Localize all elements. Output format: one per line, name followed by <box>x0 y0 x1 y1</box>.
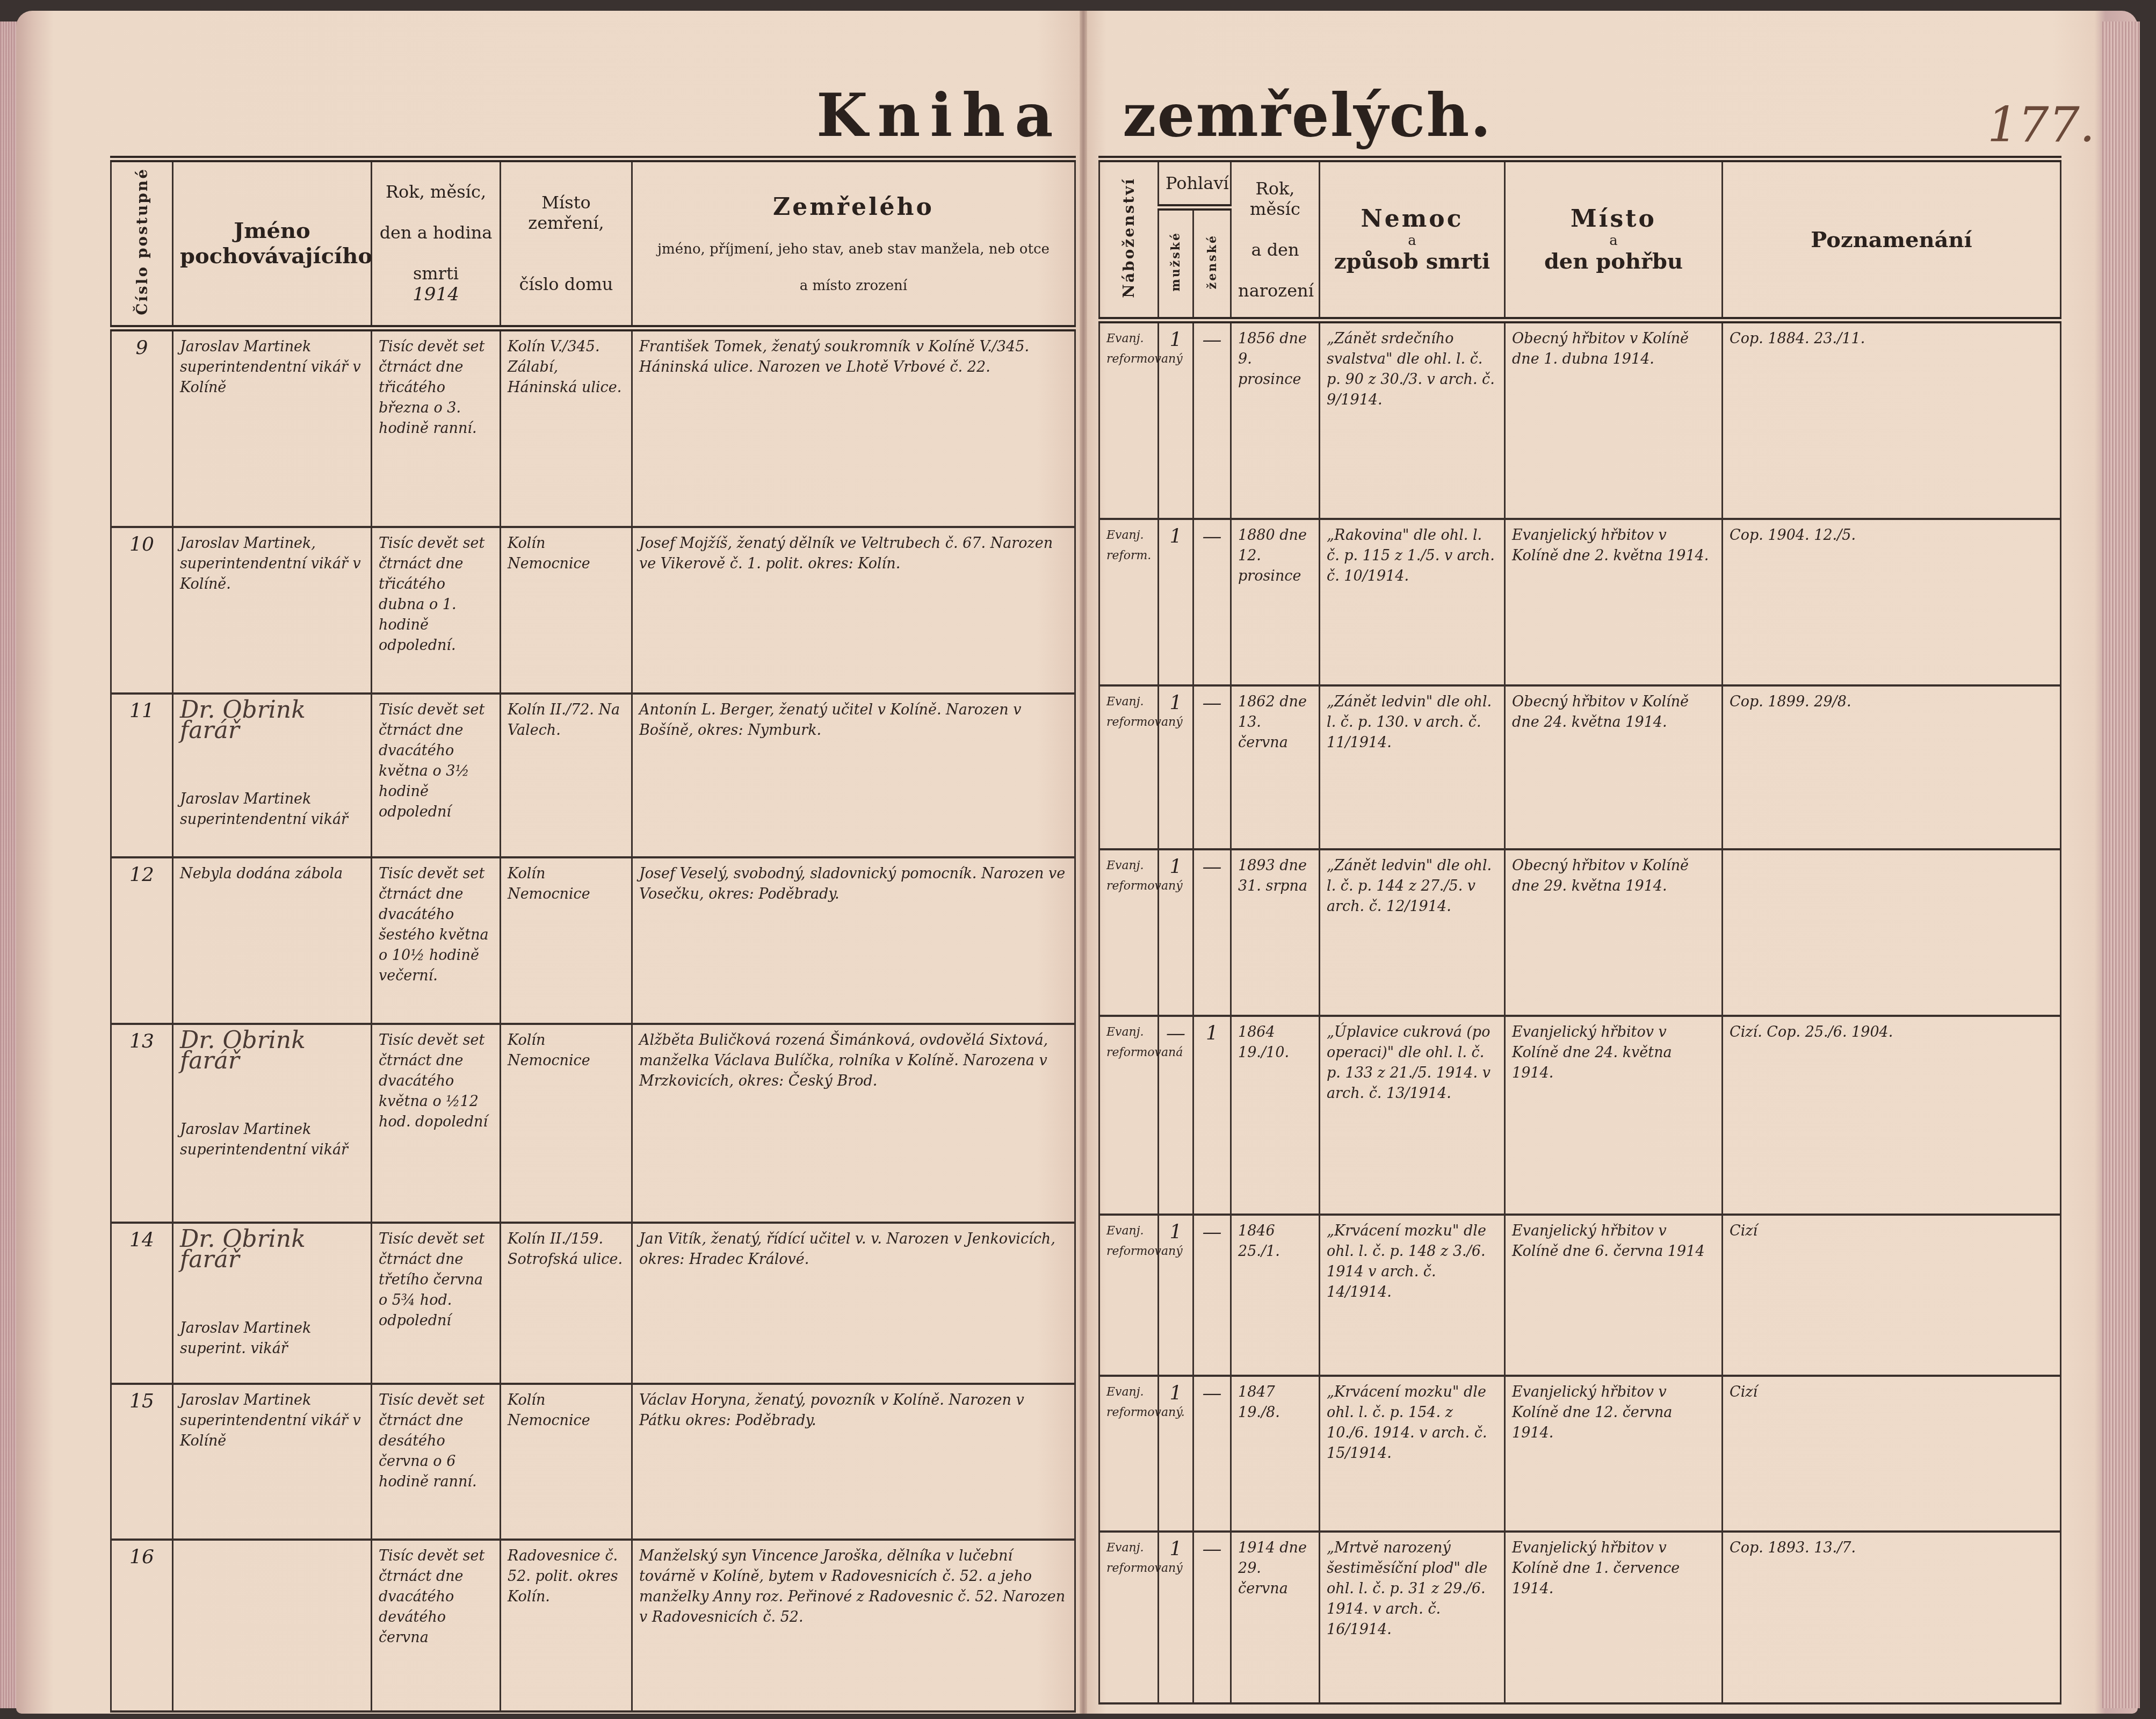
birth-date: 1847 19./8. <box>1231 1376 1320 1532</box>
page-edges-right <box>2102 21 2140 1708</box>
cause-of-death: „Úplavice cukrová (po operaci)" dle ohl.… <box>1320 1016 1505 1215</box>
death-date: Tisíc devět set čtrnáct dne třetího červ… <box>372 1223 501 1384</box>
birth-date: 1856 dne 9. prosince <box>1231 320 1320 519</box>
death-date: Tisíc devět set čtrnáct dne dvacátého kv… <box>372 694 501 857</box>
religion: Evanj. reformovaný <box>1099 320 1159 519</box>
header-death-date: Rok, měsíc, den a hodina smrti 1914 <box>372 159 501 328</box>
officiant <box>173 1540 372 1711</box>
birth-date: 1914 dne 29. června <box>1231 1532 1320 1703</box>
burial-place-date: Obecný hřbitov v Kolíně dne 24. května 1… <box>1505 685 1723 849</box>
notes: Cizí <box>1723 1215 2061 1376</box>
signature: Dr. Obrink farář <box>180 1229 364 1270</box>
cause-of-death: „Zánět srdečního svalstva" dle ohl. l. č… <box>1320 320 1505 519</box>
cause-of-death: „Krvácení mozku" dle ohl. l. č. p. 148 z… <box>1320 1215 1505 1376</box>
religion: Evanj. reformovaný <box>1099 685 1159 849</box>
death-date: Tisíc devět set čtrnáct dne dvacátého kv… <box>372 1024 501 1223</box>
male: 1 <box>1159 685 1193 849</box>
entry-number: 13 <box>111 1024 173 1223</box>
cause-of-death: „Krvácení mozku" dle ohl. l. č. p. 154. … <box>1320 1376 1505 1532</box>
cause-of-death: „Rakovina" dle ohl. l. č. p. 115 z 1./5.… <box>1320 519 1505 685</box>
male: 1 <box>1159 849 1193 1016</box>
notes: Cop. 1904. 12./5. <box>1723 519 2061 685</box>
female: — <box>1193 1376 1231 1532</box>
header-female: ženské <box>1193 207 1231 320</box>
header-sex: Pohlaví <box>1159 159 1231 207</box>
female: — <box>1193 519 1231 685</box>
signature: Dr. Obrink farář <box>180 700 364 741</box>
male: 1 <box>1159 1532 1193 1703</box>
officiant: Jaroslav Martinek superintendentní vikář… <box>173 1384 372 1540</box>
death-date: Tisíc devět set čtrnáct dne desátého čer… <box>372 1384 501 1540</box>
female: — <box>1193 1215 1231 1376</box>
death-place: Kolín II./159. Sotrofská ulice. <box>501 1223 632 1384</box>
header-year-handwritten: 1914 <box>379 284 493 305</box>
header-male: mužské <box>1159 207 1193 320</box>
officiant: Jaroslav Martinek, superintendentní viká… <box>173 527 372 694</box>
female: — <box>1193 685 1231 849</box>
death-date: Tisíc devět set čtrnáct dne třicátého du… <box>372 527 501 694</box>
entry-number: 11 <box>111 694 173 857</box>
deceased: Antonín L. Berger, ženatý učitel v Kolín… <box>632 694 1075 857</box>
table-row: Evanj. reformovaný. 1 — 1847 19./8. „Krv… <box>1099 1376 2061 1532</box>
entry-number: 9 <box>111 328 173 527</box>
table-row: Evanj. reform. 1 — 1880 dne 12. prosince… <box>1099 519 2061 685</box>
table-row: 15 Jaroslav Martinek superintendentní vi… <box>111 1384 1075 1540</box>
notes: Cop. 1884. 23./11. <box>1723 320 2061 519</box>
birth-date: 1864 19./10. <box>1231 1016 1320 1215</box>
title-left: Kniha <box>816 81 1063 150</box>
officiant: Jaroslav Martinek superintendentní vikář… <box>173 328 372 527</box>
death-place: Kolín Nemocnice <box>501 1024 632 1223</box>
male: 1 <box>1159 519 1193 685</box>
header-cause: Nemoc a způsob smrti <box>1320 159 1505 320</box>
birth-date: 1893 dne 31. srpna <box>1231 849 1320 1016</box>
table-row: Evanj. reformovaný 1 — 1862 dne 13. červ… <box>1099 685 2061 849</box>
table-row: 13 Dr. Obrink farářJaroslav Martinek sup… <box>111 1024 1075 1223</box>
entry-number: 16 <box>111 1540 173 1711</box>
religion: Evanj. reformovaný <box>1099 1532 1159 1703</box>
birth-date: 1846 25./1. <box>1231 1215 1320 1376</box>
burial-place-date: Evanjelický hřbitov v Kolíně dne 6. červ… <box>1505 1215 1723 1376</box>
burial-place-date: Evanjelický hřbitov v Kolíně dne 2. květ… <box>1505 519 1723 685</box>
table-row: 16 Tisíc devět set čtrnáct dne dvacátého… <box>111 1540 1075 1711</box>
table-row: Evanj. reformovaná — 1 1864 19./10. „Úpl… <box>1099 1016 2061 1215</box>
table-row: Evanj. reformovaný 1 — 1893 dne 31. srpn… <box>1099 849 2061 1016</box>
header-religion: Náboženství <box>1099 159 1159 320</box>
male: 1 <box>1159 1215 1193 1376</box>
right-register-table: Náboženství Pohlaví Rok, měsíc a den nar… <box>1098 156 2061 1704</box>
death-place: Kolín V./345. Zálabí, Háninská ulice. <box>501 328 632 527</box>
notes: Cizí. Cop. 25./6. 1904. <box>1723 1016 2061 1215</box>
table-row: 10 Jaroslav Martinek, superintendentní v… <box>111 527 1075 694</box>
entry-number: 10 <box>111 527 173 694</box>
deceased: Josef Mojžíš, ženatý dělník ve Veltrubec… <box>632 527 1075 694</box>
burial-place-date: Evanjelický hřbitov v Kolíně dne 1. červ… <box>1505 1532 1723 1703</box>
left-register-table: Číslo postupné Jméno pochovávajícího Rok… <box>110 156 1076 1713</box>
religion: Evanj. reformovaný <box>1099 1215 1159 1376</box>
deceased: Václav Horyna, ženatý, povozník v Kolíně… <box>632 1384 1075 1540</box>
male: 1 <box>1159 1376 1193 1532</box>
death-place: Kolín Nemocnice <box>501 857 632 1024</box>
female: 1 <box>1193 1016 1231 1215</box>
header-officiant: Jméno pochovávajícího <box>173 159 372 328</box>
officiant: Dr. Obrink farářJaroslav Martinek superi… <box>173 694 372 857</box>
birth-date: 1862 dne 13. června <box>1231 685 1320 849</box>
burial-place-date: Obecný hřbitov v Kolíně dne 29. května 1… <box>1505 849 1723 1016</box>
notes: Cop. 1893. 13./7. <box>1723 1532 2061 1703</box>
death-place: Kolín II./72. Na Valech. <box>501 694 632 857</box>
deceased: Josef Veselý, svobodný, sladovnický pomo… <box>632 857 1075 1024</box>
death-place: Radovesnice č. 52. polit. okres Kolín. <box>501 1540 632 1711</box>
religion: Evanj. reformovaný <box>1099 849 1159 1016</box>
deceased: František Tomek, ženatý soukromník v Kol… <box>632 328 1075 527</box>
table-row: Evanj. reformovaný 1 — 1846 25./1. „Krvá… <box>1099 1215 2061 1376</box>
notes: Cop. 1899. 29/8. <box>1723 685 2061 849</box>
header-death-place: Místo zemření, číslo domu <box>501 159 632 328</box>
burial-place-date: Obecný hřbitov v Kolíně dne 1. dubna 191… <box>1505 320 1723 519</box>
header-burial: Místo a den pohřbu <box>1505 159 1723 320</box>
death-place: Kolín Nemocnice <box>501 527 632 694</box>
religion: Evanj. reformovaná <box>1099 1016 1159 1215</box>
burial-place-date: Evanjelický hřbitov v Kolíně dne 12. čer… <box>1505 1376 1723 1532</box>
deceased: Manželský syn Vincence Jaroška, dělníka … <box>632 1540 1075 1711</box>
officiant: Dr. Obrink farářJaroslav Martinek superi… <box>173 1024 372 1223</box>
page-number: 177. <box>1987 97 2095 153</box>
female: — <box>1193 849 1231 1016</box>
cause-of-death: „Zánět ledvin" dle ohl. l. č. p. 144 z 2… <box>1320 849 1505 1016</box>
table-row: Evanj. reformovaný 1 — 1856 dne 9. prosi… <box>1099 320 2061 519</box>
officiant: Dr. Obrink farářJaroslav Martinek superi… <box>173 1223 372 1384</box>
table-row: Evanj. reformovaný 1 — 1914 dne 29. červ… <box>1099 1532 2061 1703</box>
religion: Evanj. reform. <box>1099 519 1159 685</box>
entry-number: 12 <box>111 857 173 1024</box>
death-date: Tisíc devět set čtrnáct dne třicátého bř… <box>372 328 501 527</box>
deceased: Alžběta Buličková rozená Šimánková, ovdo… <box>632 1024 1075 1223</box>
table-row: 12 Nebyla dodána zábola Tisíc devět set … <box>111 857 1075 1024</box>
signature: Dr. Obrink farář <box>180 1030 364 1071</box>
title-right: zemřelých. <box>1123 81 1492 150</box>
entry-number: 15 <box>111 1384 173 1540</box>
religion: Evanj. reformovaný. <box>1099 1376 1159 1532</box>
header-deceased: Zemřelého jméno, příjmení, jeho stav, an… <box>632 159 1075 328</box>
female: — <box>1193 1532 1231 1703</box>
burial-place-date: Evanjelický hřbitov v Kolíně dne 24. kvě… <box>1505 1016 1723 1215</box>
table-row: 9 Jaroslav Martinek superintendentní vik… <box>111 328 1075 527</box>
register-book-spread: Kniha zemřelých. 177. Číslo postupné Jmé… <box>0 0 2156 1719</box>
header-birth: Rok, měsíc a den narození <box>1231 159 1320 320</box>
deceased: Jan Vitík, ženatý, řídící učitel v. v. N… <box>632 1223 1075 1384</box>
header-notes: Poznamenání <box>1723 159 2061 320</box>
officiant: Nebyla dodána zábola <box>173 857 372 1024</box>
death-place: Kolín Nemocnice <box>501 1384 632 1540</box>
header-number: Číslo postupné <box>111 159 173 328</box>
entry-number: 14 <box>111 1223 173 1384</box>
notes <box>1723 849 2061 1016</box>
book-gutter <box>1080 11 1087 1714</box>
death-date: Tisíc devět set čtrnáct dne dvacátého še… <box>372 857 501 1024</box>
cause-of-death: „Zánět ledvin" dle ohl. l. č. p. 130. v … <box>1320 685 1505 849</box>
notes: Cizí <box>1723 1376 2061 1532</box>
cause-of-death: „Mrtvě narozený šestiměsíční plod" dle o… <box>1320 1532 1505 1703</box>
death-date: Tisíc devět set čtrnáct dne dvacátého de… <box>372 1540 501 1711</box>
female: — <box>1193 320 1231 519</box>
table-row: 11 Dr. Obrink farářJaroslav Martinek sup… <box>111 694 1075 857</box>
birth-date: 1880 dne 12. prosince <box>1231 519 1320 685</box>
table-row: 14 Dr. Obrink farářJaroslav Martinek sup… <box>111 1223 1075 1384</box>
